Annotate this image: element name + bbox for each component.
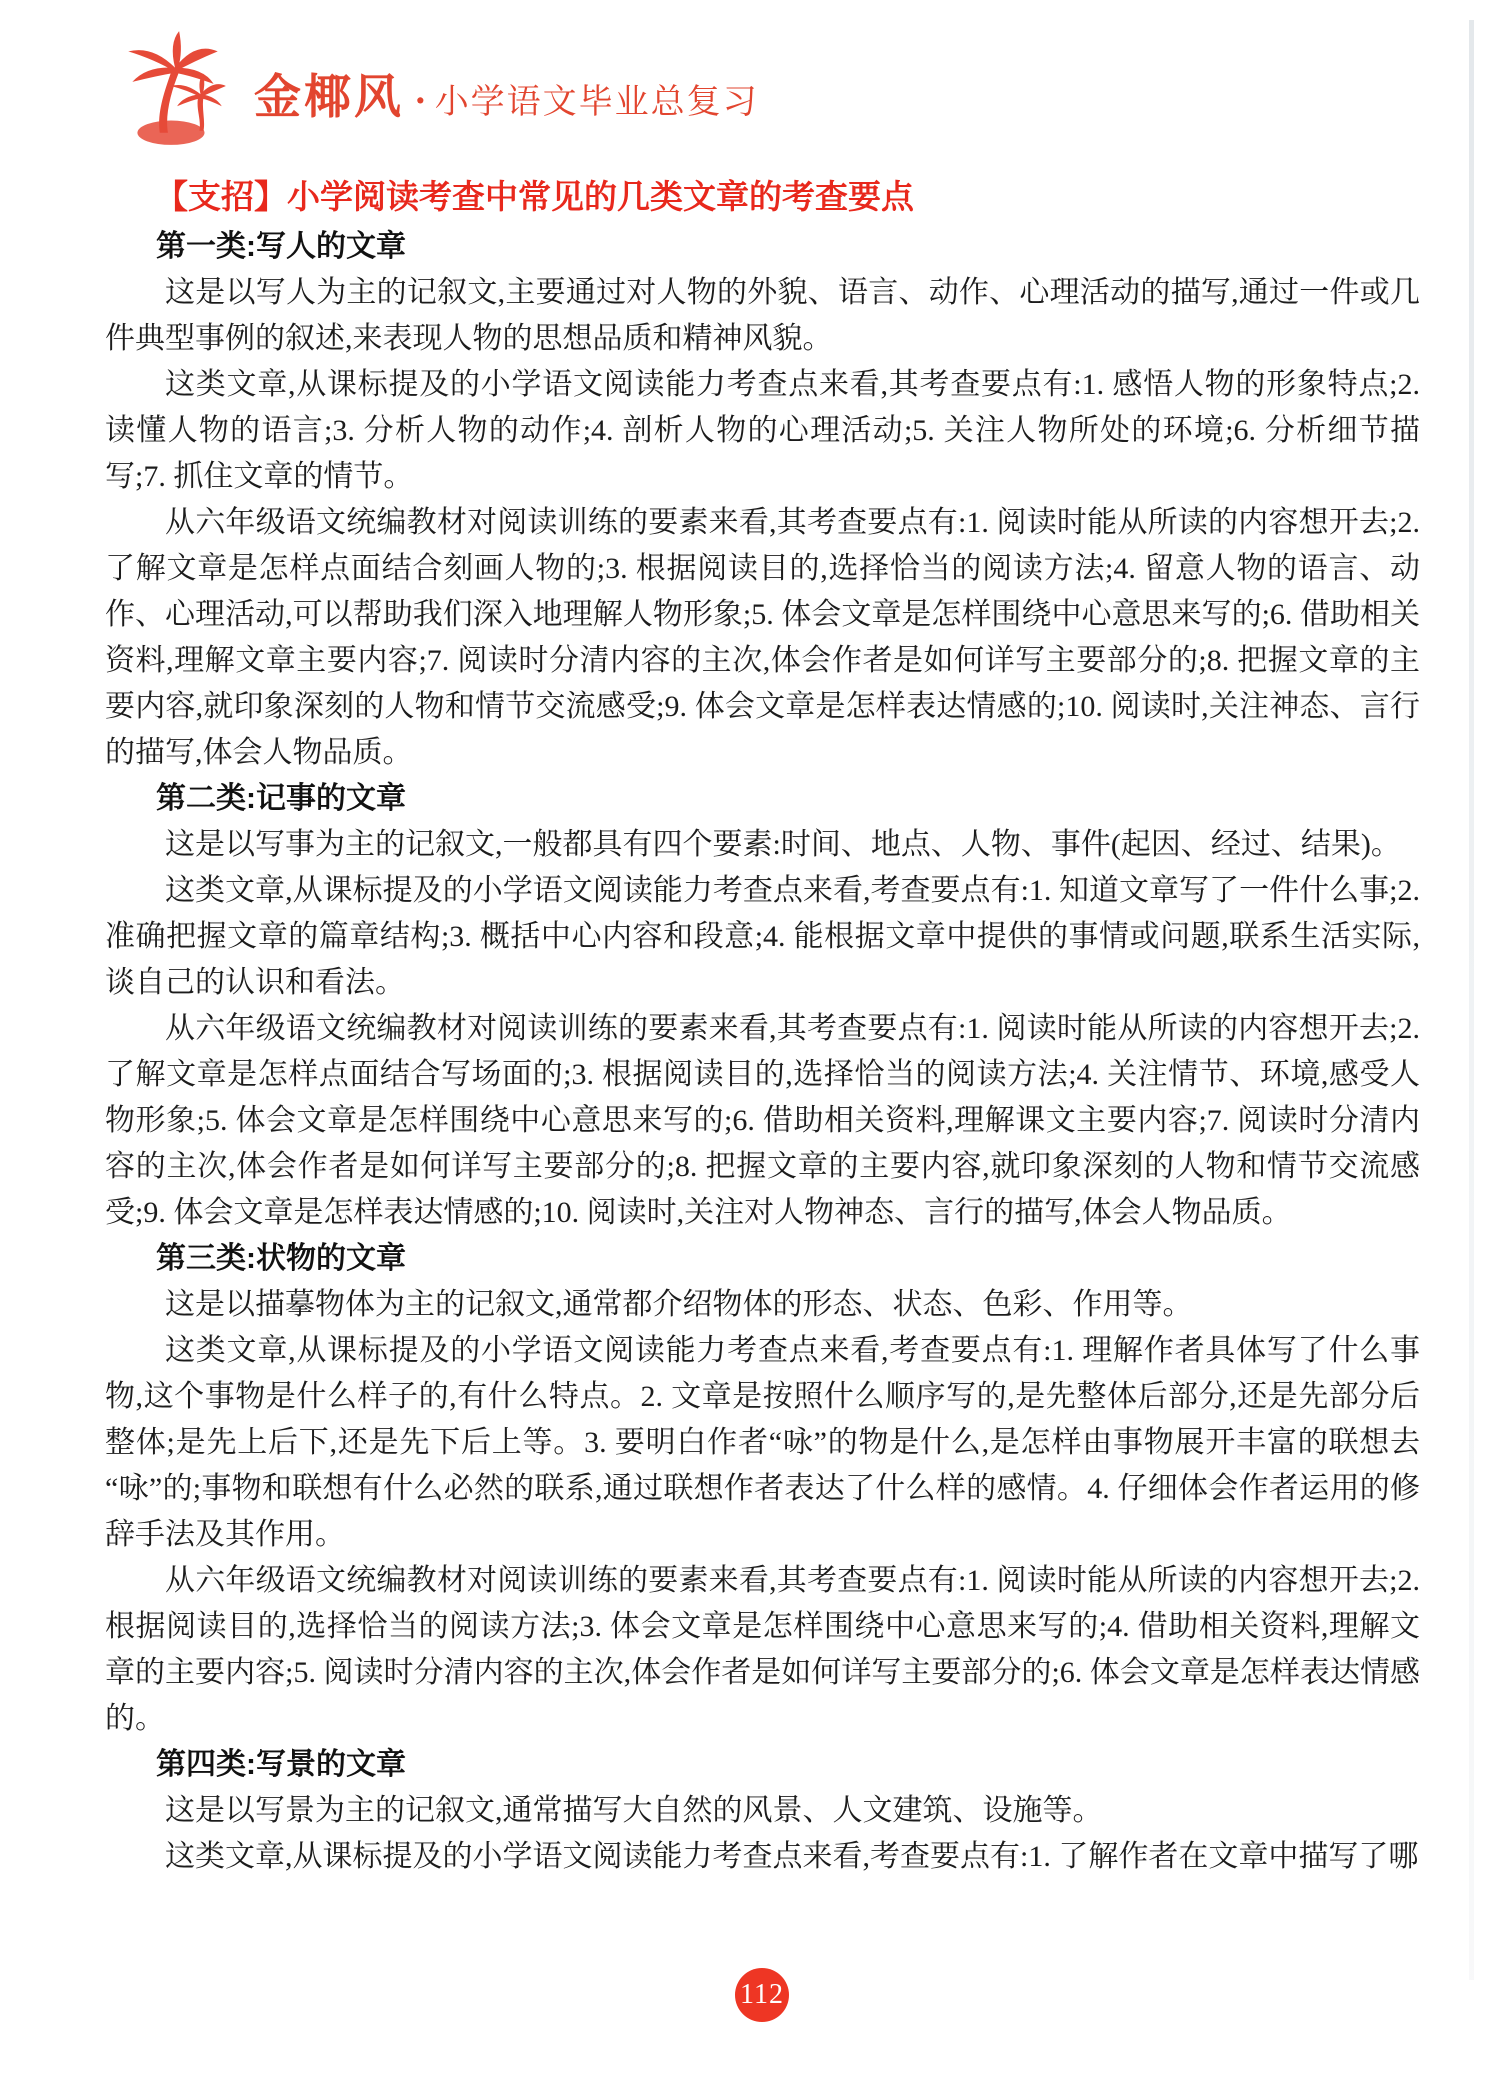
section-writing-about-people: 第一类:写人的文章 这是以写人为主的记叙文,主要通过对人物的外貌、语言、动作、心… (105, 224, 1420, 776)
palm-tree-icon (112, 26, 234, 150)
paragraph: 这类文章,从课标提及的小学语文阅读能力考查点来看,其考查要点有:1. 感悟人物的… (105, 362, 1420, 500)
section-describing-objects: 第三类:状物的文章 这是以描摹物体为主的记叙文,通常都介绍物体的形态、状态、色彩… (105, 1236, 1420, 1742)
brand-line: 金椰风 · 小学语文毕业总复习 (254, 60, 759, 127)
page-number: 112 (740, 1979, 784, 2011)
paragraph: 这类文章,从课标提及的小学语文阅读能力考查点来看,考查要点有:1. 知道文章写了… (105, 868, 1420, 1006)
paragraph: 这是以写景为主的记叙文,通常描写大自然的风景、人文建筑、设施等。 (105, 1788, 1420, 1834)
paragraph: 这是以写人为主的记叙文,主要通过对人物的外貌、语言、动作、心理活动的描写,通过一… (105, 270, 1420, 362)
page-header: 金椰风 · 小学语文毕业总复习 (0, 0, 1500, 168)
page-number-badge: 112 (735, 1968, 789, 2022)
brand-name: 金椰风 (254, 60, 404, 127)
paragraph: 这是以描摹物体为主的记叙文,通常都介绍物体的形态、状态、色彩、作用等。 (105, 1282, 1420, 1328)
paragraph: 从六年级语文统编教材对阅读训练的要素来看,其考查要点有:1. 阅读时能从所读的内… (105, 1558, 1420, 1742)
section-2-heading: 第二类:记事的文章 (105, 776, 1420, 822)
brand-separator: · (414, 79, 427, 123)
section-1-heading: 第一类:写人的文章 (105, 224, 1420, 270)
page-content: 【支招】小学阅读考查中常见的几类文章的考查要点 第一类:写人的文章 这是以写人为… (105, 174, 1420, 1880)
page-edge-shadow (1469, 20, 1474, 1980)
paragraph: 从六年级语文统编教材对阅读训练的要素来看,其考查要点有:1. 阅读时能从所读的内… (105, 500, 1420, 776)
section-4-heading: 第四类:写景的文章 (105, 1742, 1420, 1788)
book-page: 金椰风 · 小学语文毕业总复习 【支招】小学阅读考查中常见的几类文章的考查要点 … (0, 0, 1500, 2081)
paragraph: 这是以写事为主的记叙文,一般都具有四个要素:时间、地点、人物、事件(起因、经过、… (105, 822, 1420, 868)
section-3-heading: 第三类:状物的文章 (105, 1236, 1420, 1282)
section-describing-scenery: 第四类:写景的文章 这是以写景为主的记叙文,通常描写大自然的风景、人文建筑、设施… (105, 1742, 1420, 1880)
paragraph: 从六年级语文统编教材对阅读训练的要素来看,其考查要点有:1. 阅读时能从所读的内… (105, 1006, 1420, 1236)
brand-subtitle: 小学语文毕业总复习 (435, 74, 759, 123)
page-title: 【支招】小学阅读考查中常见的几类文章的考查要点 (105, 174, 1420, 220)
paragraph: 这类文章,从课标提及的小学语文阅读能力考查点来看,考查要点有:1. 了解作者在文… (105, 1834, 1420, 1880)
section-narrating-events: 第二类:记事的文章 这是以写事为主的记叙文,一般都具有四个要素:时间、地点、人物… (105, 776, 1420, 1236)
paragraph: 这类文章,从课标提及的小学语文阅读能力考查点来看,考查要点有:1. 理解作者具体… (105, 1328, 1420, 1558)
